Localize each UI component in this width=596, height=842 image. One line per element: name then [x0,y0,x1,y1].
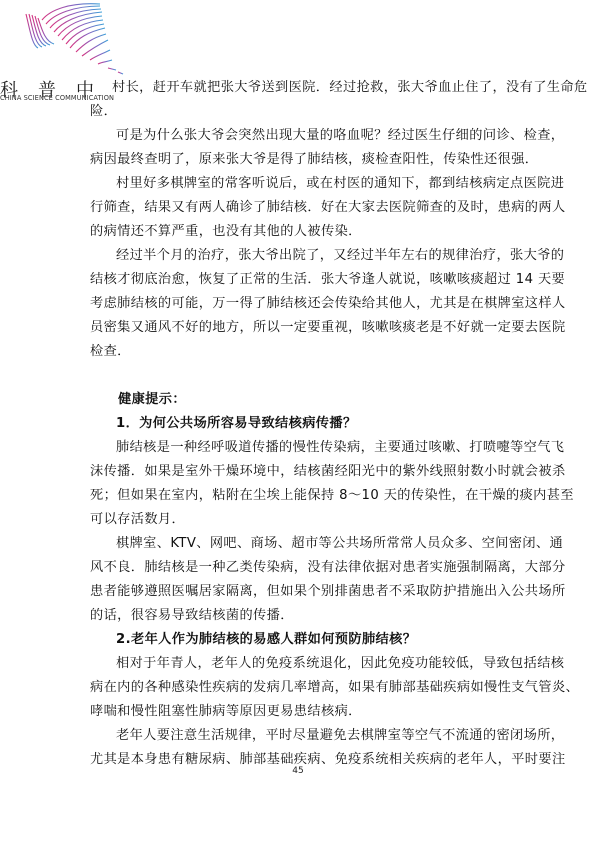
page-number: 45 [0,766,596,776]
text-line: 行筛查，结果又有两人确诊了肺结核．好在大家去医院筛查的及时，患病的两人 [90,196,510,220]
text-line: 相对于年青人，老年人的免疫系统退化，因此免疫功能较低，导致包括结核 [90,652,510,676]
text-line: 村长，赶开车就把张大爷送到医院．经过抢救，张大爷血止住了，没有了生命危 [90,76,510,100]
text-line: 员密集又通风不好的地方，所以一定要重视，咳嗽咳痰老是不好就一定要去医院 [90,316,510,340]
text-line: 病因最终查明了，原来张大爷是得了肺结核，痰检查阳性，传染性还很强． [90,148,510,172]
text-line: 可以存活数月． [90,508,510,532]
text-line: 可是为什么张大爷会突然出现大量的咯血呢？经过医生仔细的问诊、检查， [90,124,510,148]
text-line: 患者能够遵照医嘱居家隔离，但如果个别排菌患者不采取防护措施出入公共场所 [90,580,510,604]
text-line: 风不良．肺结核是一种乙类传染病，没有法律依据对患者实施强制隔离，大部分 [90,556,510,580]
text-line: 检查． [90,340,510,364]
text-line: 沫传播．如果是室外干燥环境中，结核菌经阳光中的紫外线照射数小时就会被杀 [90,460,510,484]
document-body: 村长，赶开车就把张大爷送到医院．经过抢救，张大爷血止住了，没有了生命危 险． 可… [90,76,510,772]
text-line: 考虑肺结核的可能，万一得了肺结核还会传染给其他人，尤其是在棋牌室这样人 [90,292,510,316]
logo-wave-icon [20,0,130,80]
text-line: 病在内的各种感染性疾病的发病几率增高，如果有肺部基础疾病如慢性支气管炎、 [90,676,510,700]
spacer [90,364,510,388]
text-line: 死；但如果在室内，粘附在尘埃上能保持 8～10 天的传染性，在干燥的痰内甚至 [90,484,510,508]
text-line: 的话，很容易导致结核菌的传播． [90,604,510,628]
text-line: 结核才彻底治愈，恢复了正常的生活．张大爷逢人就说，咳嗽咳痰超过 14 天要 [90,268,510,292]
text-line: 肺结核是一种经呼吸道传播的慢性传染病，主要通过咳嗽、打喷嚏等空气飞 [90,436,510,460]
section-heading-1: 1．为何公共场所容易导致结核病传播？ [90,412,510,436]
text-line: 险． [90,100,510,124]
text-line: 经过半个月的治疗，张大爷出院了，又经过半年左右的规律治疗，张大爷的 [90,244,510,268]
text-line: 哮喘和慢性阻塞性肺病等原因更易患结核病． [90,700,510,724]
text-line: 老年人要注意生活规律，平时尽量避免去棋牌室等空气不流通的密闭场所， [90,724,510,748]
text-line: 的病情还不算严重，也没有其他的人被传染． [90,220,510,244]
text-line: 棋牌室、KTV、网吧、商场、超市等公共场所常常人员众多、空间密闭、通 [90,532,510,556]
text-line: 村里好多棋牌室的常客听说后，或在村医的通知下，都到结核病定点医院进 [90,172,510,196]
health-tips-heading: 健康提示： [90,388,510,412]
section-heading-2: 2.老年人作为肺结核的易感人群如何预防肺结核？ [90,628,510,652]
